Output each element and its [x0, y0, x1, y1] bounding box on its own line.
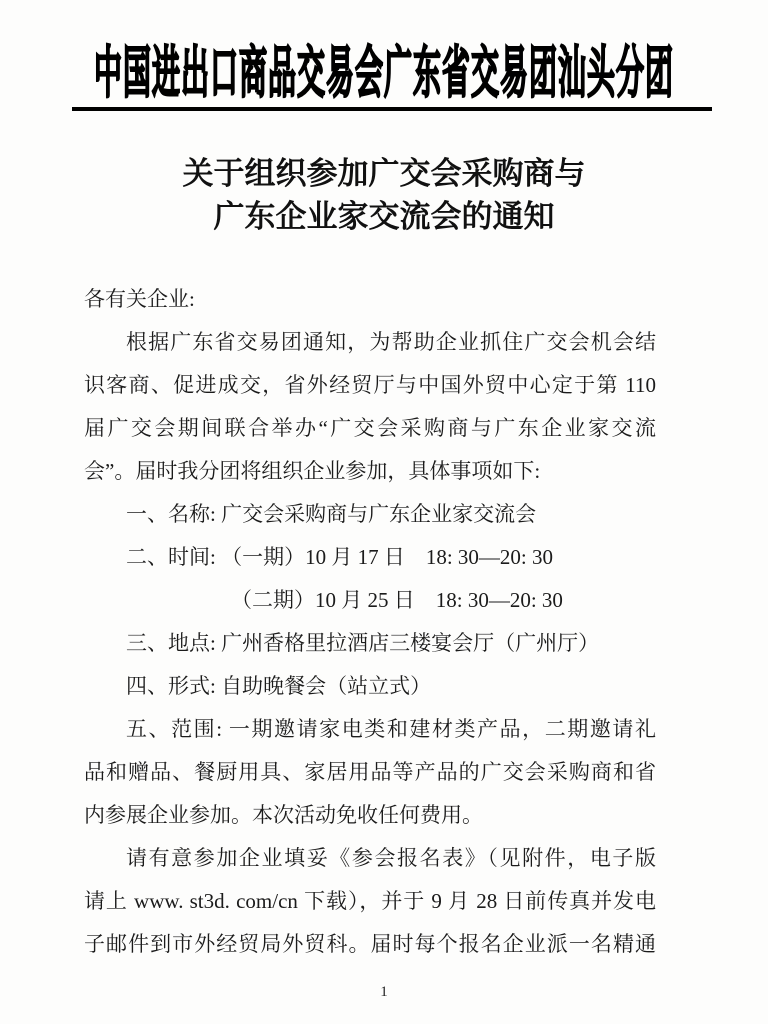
body-line: 三、地点: 广州香格里拉酒店三楼宴会厅（广州厅）	[84, 622, 656, 665]
body-line: 二、时间: （一期）10 月 17 日 18: 30—20: 30	[84, 536, 656, 579]
notice-title-line1: 关于组织参加广交会采购商与	[0, 152, 768, 195]
page-number: 1	[0, 984, 768, 1001]
letterhead-rule	[72, 107, 712, 111]
body-line: （二期）10 月 25 日 18: 30—20: 30	[84, 579, 656, 622]
notice-body: 各有关企业:根据广东省交易团通知，为帮助企业抓住广交会机会结识客商、促进成交，省…	[84, 278, 656, 966]
body-line: 识客商、促进成交，省外经贸厅与中国外贸中心定于第 110	[84, 364, 656, 407]
body-line: 请有意参加企业填妥《参会报名表》（见附件，电子版	[84, 837, 656, 880]
body-line: 五、范围: 一期邀请家电类和建材类产品，二期邀请礼	[84, 708, 656, 751]
body-line: 根据广东省交易团通知，为帮助企业抓住广交会机会结	[84, 321, 656, 364]
body-line: 会”。届时我分团将组织企业参加，具体事项如下:	[84, 450, 656, 493]
body-line: 内参展企业参加。本次活动免收任何费用。	[84, 794, 656, 837]
body-line: 请上 www. st3d. com/cn 下载），并于 9 月 28 日前传真并…	[84, 880, 656, 923]
notice-title: 关于组织参加广交会采购商与 广东企业家交流会的通知	[0, 152, 768, 238]
body-line: 一、名称: 广交会采购商与广东企业家交流会	[84, 493, 656, 536]
body-line: 四、形式: 自助晚餐会（站立式）	[84, 665, 656, 708]
letterhead-org-name: 中国进出口商品交易会广东省交易团汕头分团	[94, 30, 674, 110]
body-line: 品和赠品、餐厨用具、家居用品等产品的广交会采购商和省	[84, 751, 656, 794]
notice-title-line2: 广东企业家交流会的通知	[0, 195, 768, 238]
body-line: 届广交会期间联合举办“广交会采购商与广东企业家交流	[84, 407, 656, 450]
body-line: 子邮件到市外经贸局外贸科。届时每个报名企业派一名精通	[84, 923, 656, 966]
document-page: 中国进出口商品交易会广东省交易团汕头分团 关于组织参加广交会采购商与 广东企业家…	[0, 0, 768, 1024]
body-line: 各有关企业:	[84, 278, 656, 321]
